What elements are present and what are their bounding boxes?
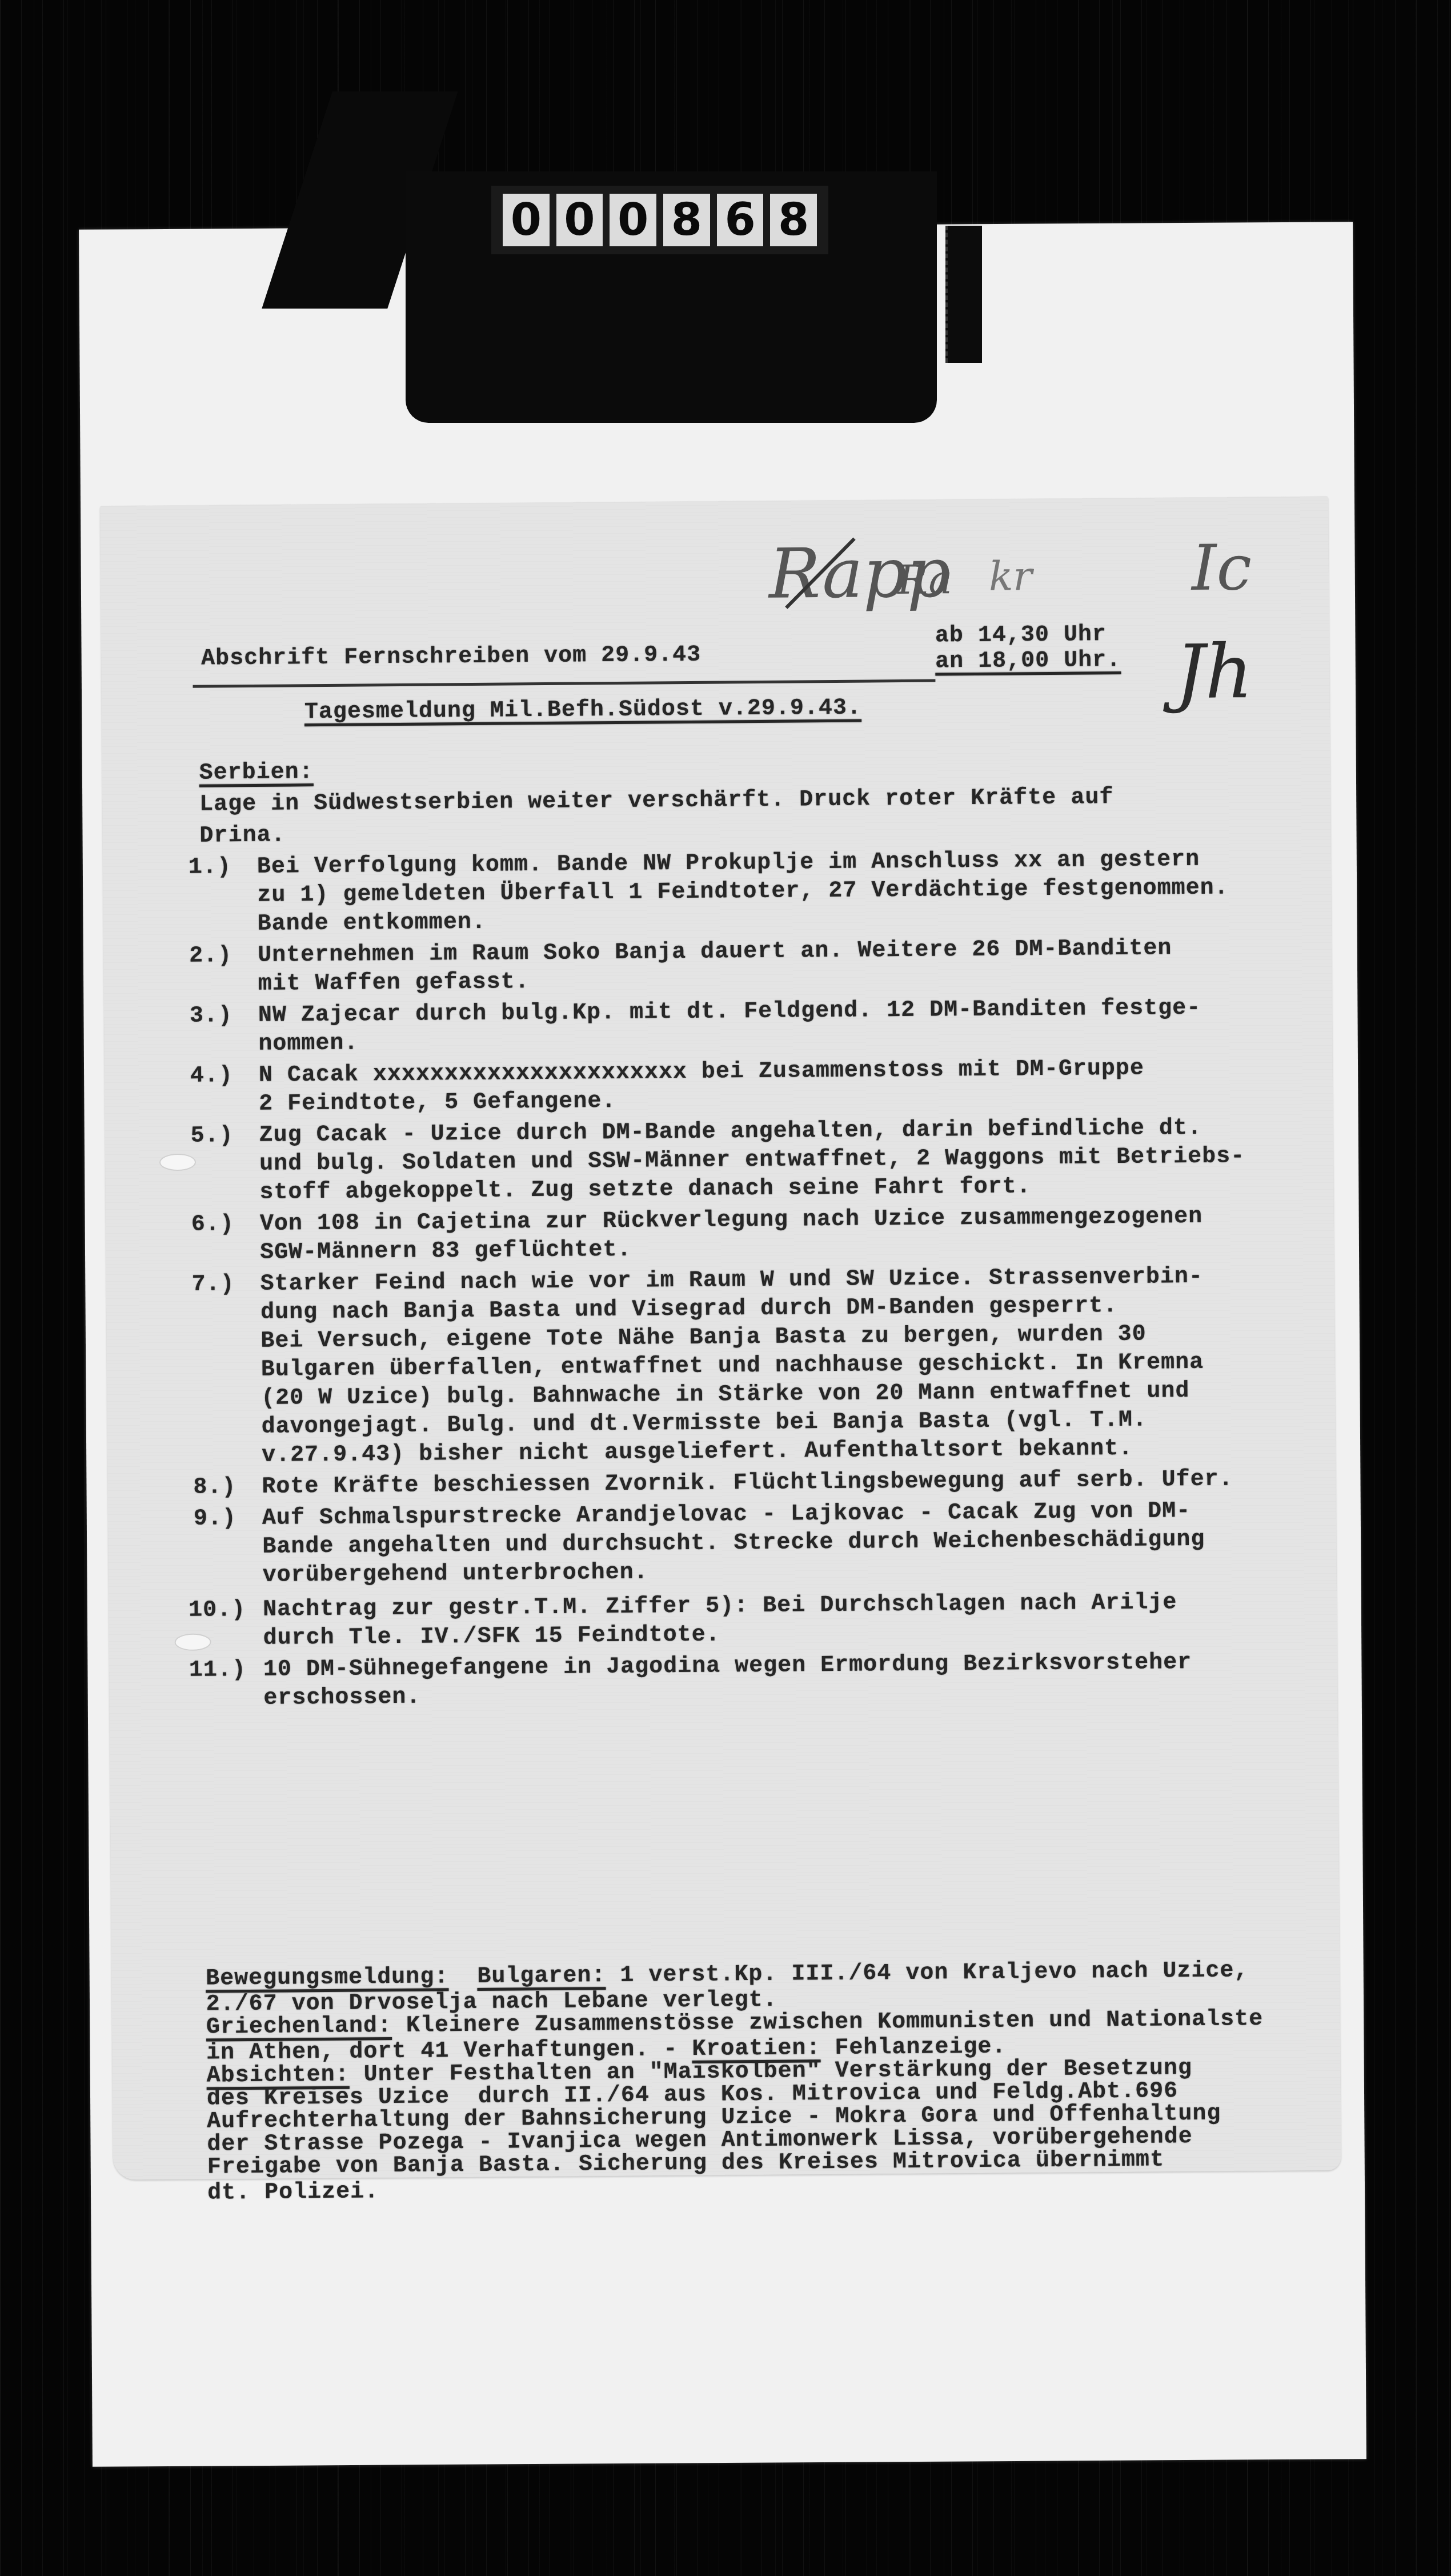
item-text-line: v.27.9.43) bisher nicht ausgeliefert. Au…: [262, 1438, 1133, 1467]
item-text-line: Von 108 in Cajetina zur Rückverlegung na…: [260, 1206, 1203, 1236]
header-line: Abschrift Fernschreiben vom 29.9.43: [201, 644, 701, 671]
item-number: 11.): [189, 1659, 246, 1682]
item-number: 9.): [194, 1507, 237, 1531]
item-text-line: Nachtrag zur gestr.T.M. Ziffer 5): Bei D…: [263, 1591, 1177, 1622]
counter-digit: 0: [503, 194, 550, 246]
header-time-to: an 18,00 Uhr.: [935, 649, 1121, 674]
item-text-line: davongejagt. Bulg. und dt.Vermisste bei …: [262, 1409, 1148, 1439]
item-text-line: dung nach Banja Basta und Visegrad durch…: [260, 1295, 1118, 1325]
intro-text: Lage in Südwestserbien weiter verschärft…: [199, 786, 1114, 817]
item-text-line: Rote Kräfte beschiessen Zvornik. Flüchtl…: [262, 1468, 1233, 1498]
frame-counter: 0 0 0 8 6 8: [491, 186, 828, 254]
counter-digit: 6: [717, 194, 764, 246]
movement-report-line: Bewegungsmeldung: Bulgaren: 1 verst.Kp. …: [206, 1959, 1249, 1990]
handwritten-initials: Ra: [897, 556, 953, 603]
bulgaren-text: 1 verst.Kp. III./64 von Kraljevo nach Uz…: [606, 1958, 1249, 1989]
item-text-line: Auf Schmalspurstrecke Arandjelovac - Laj…: [262, 1500, 1191, 1530]
item-text-line: Bei Verfolgung komm. Bande NW Prokuplje …: [257, 849, 1200, 879]
item-text-line: zu 1) gemeldeten Überfall 1 Feindtoter, …: [257, 877, 1229, 907]
item-number: 7.): [192, 1273, 235, 1297]
header-time-from: ab 14,30 Uhr: [935, 623, 1107, 647]
item-text-line: SGW-Männern 83 geflüchtet.: [260, 1239, 631, 1265]
item-text-line: Bande entkommen.: [258, 911, 486, 936]
item-text-line: 10 DM-Sühnegefangene in Jagodina wegen E…: [263, 1651, 1192, 1682]
header-rule: [193, 679, 935, 688]
item-text-line: Zug Cacak - Uzice durch DM-Bande angehal…: [259, 1117, 1203, 1147]
label-griechenland: Griechenland:: [206, 2013, 392, 2041]
item-text-line: stoff abgekoppelt. Zug setzte danach sei…: [259, 1175, 1031, 1205]
counter-digit: 8: [770, 194, 817, 246]
item-number: 1.): [189, 856, 231, 879]
item-number: 8.): [193, 1476, 236, 1499]
punch-hole: [175, 1634, 211, 1651]
item-text-line: Bande angehalten und durchsucht. Strecke…: [262, 1529, 1205, 1559]
counter-digit: 0: [610, 194, 656, 246]
handwritten-initials: kr: [989, 553, 1033, 600]
item-text-line: nommen.: [258, 1032, 358, 1055]
intro-text: Drina.: [199, 824, 285, 847]
item-number: 6.): [191, 1213, 234, 1237]
counter-knob: [945, 226, 982, 363]
counter-digit: 0: [556, 194, 603, 246]
item-text-line: (20 W Uzice) bulg. Bahnwache in Stärke v…: [261, 1380, 1190, 1410]
item-number: 5.): [191, 1125, 234, 1148]
item-number: 4.): [190, 1065, 233, 1088]
item-number: 10.): [189, 1599, 246, 1622]
item-text-line: 2 Feindtote, 5 Gefangene.: [259, 1090, 616, 1116]
item-number: 3.): [190, 1005, 233, 1028]
section-heading-serbien: Serbien:: [199, 761, 314, 785]
item-text-line: und bulg. Soldaten und SSW-Männer entwaf…: [259, 1145, 1245, 1176]
label-bulgaren: Bulgaren:: [477, 1963, 606, 1990]
handwritten-signature: Jh: [1175, 628, 1253, 715]
item-text-line: durch Tle. IV./SFK 15 Feindtote.: [263, 1624, 720, 1650]
label-bewegungsmeldung: Bewegungsmeldung:: [206, 1964, 448, 1991]
item-text-line: mit Waffen gefasst.: [258, 971, 529, 996]
handwritten-routing-mark: Ic: [1191, 531, 1252, 605]
item-text-line: N Cacak xxxxxxxxxxxxxxxxxxxxxx bei Zusam…: [259, 1058, 1145, 1087]
item-text-line: NW Zajecar durch bulg.Kp. mit dt. Feldge…: [258, 997, 1201, 1027]
item-text-line: vorübergehend unterbrochen.: [263, 1562, 648, 1587]
typed-document: Rapp Ra kr Ic Jh Abschrift Fernschreiben…: [100, 496, 1341, 2180]
counter-digit: 8: [663, 194, 710, 246]
item-number: 2.): [189, 945, 232, 968]
item-text-line: Bulgaren überfallen, entwaffnet und nach…: [261, 1351, 1204, 1382]
item-text-line: Unternehmen im Raum Soko Banja dauert an…: [258, 937, 1172, 967]
document-title: Tagesmeldung Mil.Befh.Südost v.29.9.43.: [304, 697, 861, 725]
item-text-line: Starker Feind nach wie vor im Raum W und…: [260, 1266, 1204, 1296]
intentions-line: dt. Polizei.: [207, 2181, 379, 2205]
item-text-line: Bei Versuch, eigene Tote Nähe Banja Bast…: [260, 1323, 1147, 1353]
punch-hole: [159, 1154, 196, 1171]
item-text-line: erschossen.: [263, 1686, 420, 1710]
